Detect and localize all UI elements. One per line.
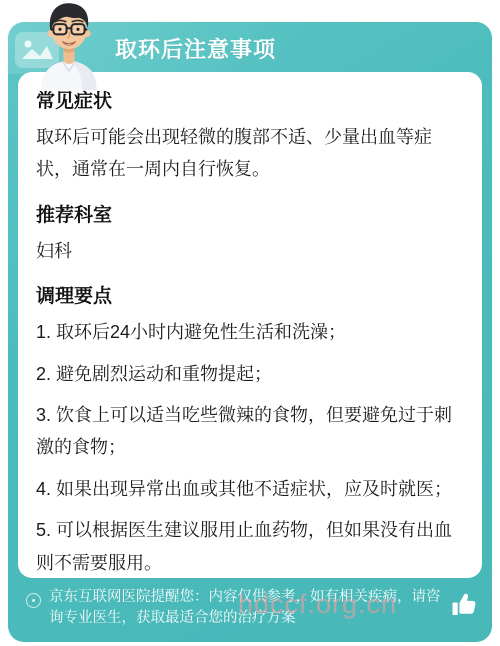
- doctor-avatar: [28, 0, 110, 90]
- department-text: 妇科: [36, 235, 464, 267]
- footer: 京东互联网医院提醒您：内容仅供参考，如有相关疾病，请咨询专业医生，获取最适合您的…: [26, 587, 478, 631]
- tip-item-3: 3. 饮食上可以适当吃些微辣的食物，但要避免过于刺激的食物；: [36, 399, 464, 464]
- disclaimer-text: 京东互联网医院提醒您：内容仅供参考，如有相关疾病，请咨询专业医生，获取最适合您的…: [49, 587, 442, 631]
- tip-item-5: 5. 可以根据医生建议服用止血药物，但如果没有出血则不需要服用。: [36, 514, 464, 579]
- section-heading-department: 推荐科室: [36, 200, 464, 227]
- tip-item-2: 2. 避免剧烈运动和重物提起；: [36, 358, 464, 390]
- page-title: 取环后注意事项: [115, 33, 276, 64]
- section-heading-symptoms: 常见症状: [36, 86, 464, 113]
- tip-item-4: 4. 如果出现异常出血或其他不适症状，应及时就医；: [36, 473, 464, 505]
- section-heading-tips: 调理要点: [36, 281, 464, 308]
- symptoms-text: 取环后可能会出现轻微的腹部不适、少量出血等症状，通常在一周内自行恢复。: [36, 121, 464, 186]
- tip-item-1: 1. 取环后24小时内避免性生活和洗澡；: [36, 316, 464, 348]
- info-circle-icon: [26, 593, 41, 608]
- teal-card-frame: 取环后注意事项 常见症状 取环后可能会出现轻微的腹部不适、少量出血等症状，通常在…: [8, 22, 492, 642]
- thumbs-up-icon[interactable]: [450, 591, 478, 619]
- content-card: 常见症状 取环后可能会出现轻微的腹部不适、少量出血等症状，通常在一周内自行恢复。…: [18, 72, 482, 578]
- health-card-page: { "header": { "title": "取环后注意事项" }, "con…: [0, 0, 500, 646]
